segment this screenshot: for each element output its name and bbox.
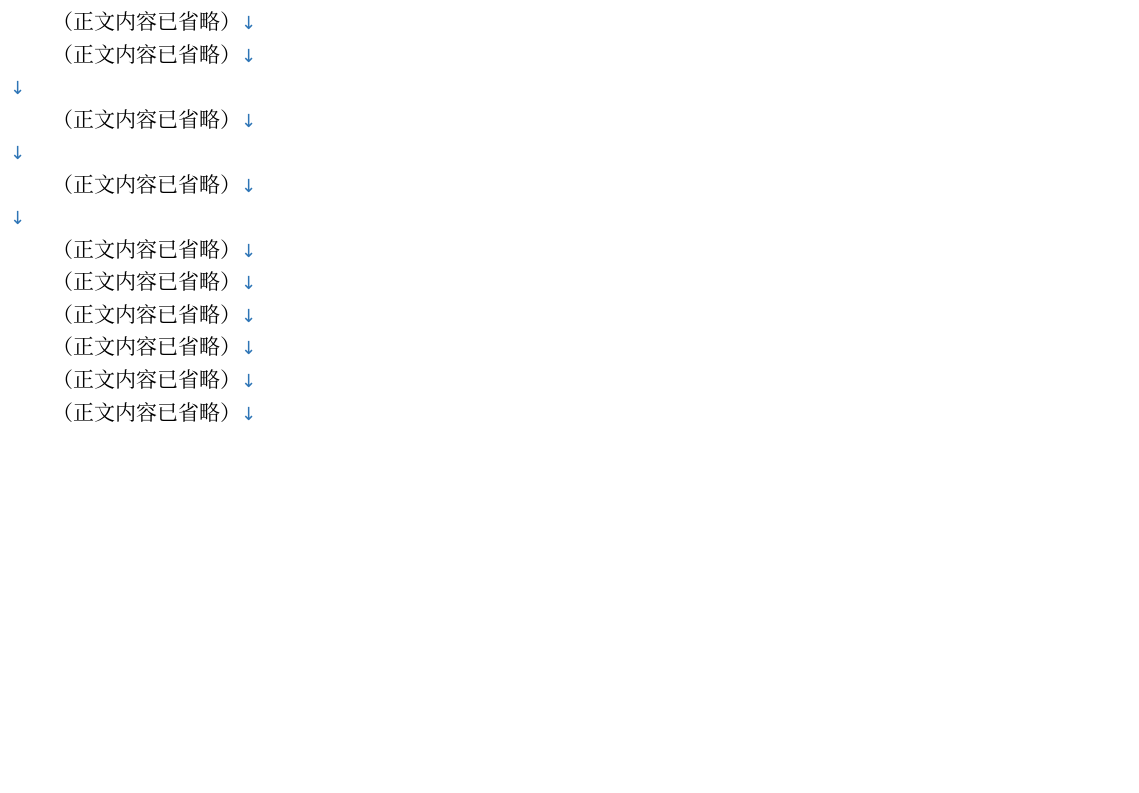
paragraph: ↓	[10, 71, 1129, 104]
paragraph-mark-icon: ↓	[241, 371, 256, 392]
paragraph: （正文内容已省略）↓	[10, 364, 1129, 397]
paragraph-mark-icon: ↓	[241, 241, 256, 262]
paragraph: （正文内容已省略）↓	[10, 234, 1129, 267]
paragraph: ↓	[10, 201, 1129, 234]
paragraph: （正文内容已省略）↓	[10, 331, 1129, 364]
paragraph: （正文内容已省略）↓	[10, 397, 1129, 430]
paragraph: （正文内容已省略）↓	[10, 104, 1129, 137]
paragraph: （正文内容已省略）↓	[10, 169, 1129, 202]
paragraph-mark-icon: ↓	[241, 176, 256, 197]
paragraph-mark-icon: ↓	[241, 111, 256, 132]
paragraph-mark-icon: ↓	[241, 404, 256, 425]
paragraph: （正文内容已省略）↓	[10, 39, 1129, 72]
paragraph-mark-icon: ↓	[241, 338, 256, 359]
document-page: （正文内容已省略）↓（正文内容已省略）↓↓（正文内容已省略）↓↓（正文内容已省略…	[0, 0, 1139, 435]
paragraph: （正文内容已省略）↓	[10, 266, 1129, 299]
paragraph: （正文内容已省略）↓	[10, 299, 1129, 332]
paragraph-mark-icon: ↓	[10, 78, 25, 99]
paragraph-mark-icon: ↓	[10, 208, 25, 229]
paragraph-mark-icon: ↓	[10, 143, 25, 164]
paragraph-mark-icon: ↓	[241, 13, 256, 34]
paragraph-mark-icon: ↓	[241, 306, 256, 327]
paragraph: ↓	[10, 136, 1129, 169]
paragraph: （正文内容已省略）↓	[10, 6, 1129, 39]
paragraph-mark-icon: ↓	[241, 273, 256, 294]
paragraph-mark-icon: ↓	[241, 46, 256, 67]
